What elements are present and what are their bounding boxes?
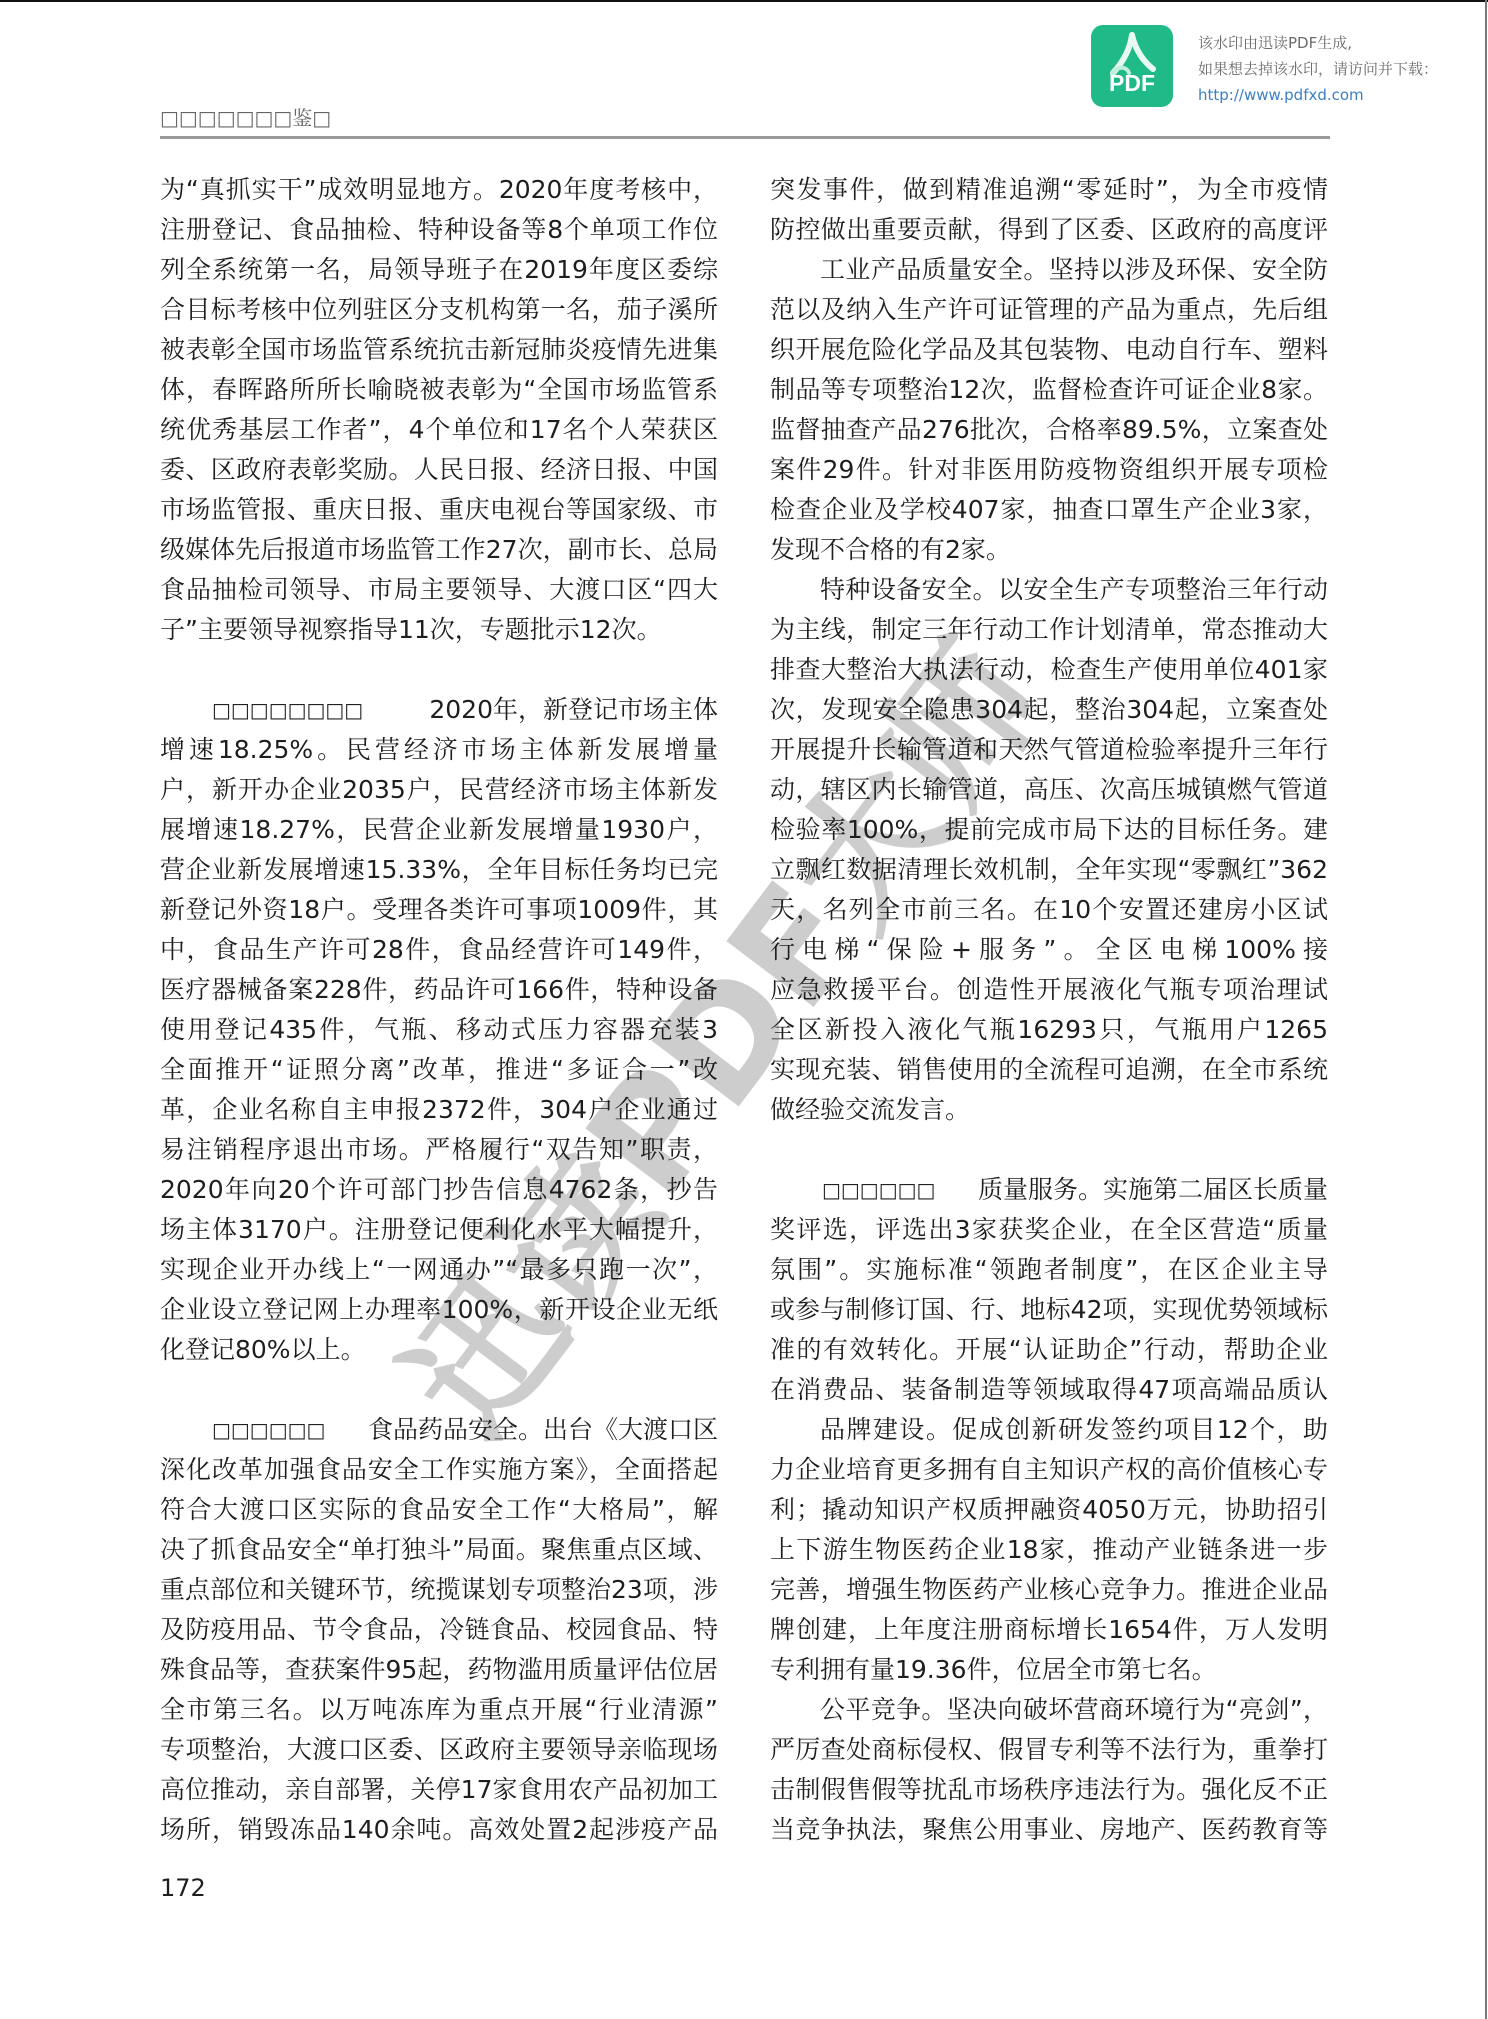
text-line: 深化改革加强食品安全工作实施方案》，全面搭起 bbox=[160, 1450, 718, 1490]
text-line: 级媒体先后报道市场监管工作27次，副市长、总局 bbox=[160, 530, 718, 570]
text-line: 动，辖区内长输管道，高压、次高压城镇燃气管道 bbox=[770, 770, 1328, 810]
text-line: 当竞争执法，聚焦公用事业、房地产、医药教育等 bbox=[770, 1810, 1328, 1850]
watermark-notice-line: 该水印由迅读PDF生成, bbox=[1198, 30, 1438, 56]
text-line: 发现不合格的有2家。 bbox=[770, 530, 1328, 570]
text-line: 击制假售假等扰乱市场秩序违法行为。强化反不正 bbox=[770, 1770, 1328, 1810]
text-line: 重点部位和关键环节，统揽谋划专项整治23项，涉 bbox=[160, 1570, 718, 1610]
page-number: 172 bbox=[160, 1868, 206, 1908]
text-line: 被表彰全国市场监管系统抗击新冠肺炎疫情先进集 bbox=[160, 330, 718, 370]
text-line: 氛围”。实施标准“领跑者制度”，在区企业主导 bbox=[770, 1250, 1328, 1290]
text-line: 易注销程序退出市场。严格履行“双告知”职责， bbox=[160, 1130, 718, 1170]
text-line: 场主体3170户。注册登记便利化水平大幅提升， bbox=[160, 1210, 718, 1250]
section-heading: □□□□□□ bbox=[212, 1410, 325, 1450]
text-line: 公平竞争。坚决向破坏营商环境行为“亮剑”， bbox=[770, 1690, 1328, 1730]
text-line: 范以及纳入生产许可证管理的产品为重点，先后组 bbox=[770, 290, 1328, 330]
section-lead-text: 食品药品安全。出台《大渡口区 bbox=[368, 1410, 718, 1450]
left-column: 为“真抓实干”成效明显地方。2020年度考核中， 注册登记、食品抽检、特种设备等… bbox=[160, 170, 718, 1850]
text-line: 展增速18.27%，民营企业新发展增量1930户，民 bbox=[160, 810, 718, 850]
text-line: 为“真抓实干”成效明显地方。2020年度考核中， bbox=[160, 170, 718, 210]
text-line: 子”主要领导视察指导11次，专题批示12次。 bbox=[160, 610, 718, 650]
blank-line bbox=[770, 1130, 1328, 1170]
page-right-border bbox=[1485, 0, 1487, 2019]
text-line: 营企业新发展增速15.33%，全年目标任务均已完成。 bbox=[160, 850, 718, 890]
text-line: 殊食品等，查获案件95起，药物滥用质量评估位居 bbox=[160, 1650, 718, 1690]
text-line: 化登记80%以上。 bbox=[160, 1330, 718, 1370]
section-heading: □□□□□□□□ bbox=[212, 690, 363, 730]
text-line: 品牌建设。促成创新研发签约项目12个，助 bbox=[770, 1410, 1328, 1450]
text-line: 统优秀基层工作者”，4个单位和17名个人荣获区 bbox=[160, 410, 718, 450]
text-line: 专项整治，大渡口区委、区政府主要领导亲临现场 bbox=[160, 1730, 718, 1770]
text-line: 制品等专项整治12次，监督检查许可证企业8家。 bbox=[770, 370, 1328, 410]
text-line: 做经验交流发言。 bbox=[770, 1090, 1328, 1130]
pdf-reader-logo-icon: PDF bbox=[1091, 25, 1173, 107]
text-line: 立飘红数据清理长效机制，全年实现“零飘红”362 bbox=[770, 850, 1328, 890]
text-line: 注册登记、食品抽检、特种设备等8个单项工作位 bbox=[160, 210, 718, 250]
watermark-notice-line: 如果想去掉该水印，请访问并下载： bbox=[1198, 56, 1438, 82]
text-line: 案件29件。针对非医用防疫物资组织开展专项检查， bbox=[770, 450, 1328, 490]
text-line: 列全系统第一名，局领导班子在2019年度区委综 bbox=[160, 250, 718, 290]
text-line: 食品抽检司领导、市局主要领导、大渡口区“四大班 bbox=[160, 570, 718, 610]
watermark-download-link[interactable]: http://www.pdfxd.com bbox=[1198, 82, 1438, 108]
text-line: 牌创建，上年度注册商标增长1654件，万人发明 bbox=[770, 1610, 1328, 1650]
text-line: 增速18.25%。民营经济市场主体新发展增量5484 bbox=[160, 730, 718, 770]
text-line: 医疗器械备案228件，药品许可166件，特种设备 bbox=[160, 970, 718, 1010]
text-line: 检查企业及学校407家，抽查口罩生产企业3家， bbox=[770, 490, 1328, 530]
text-line: 突发事件，做到精准追溯“零延时”，为全市疫情 bbox=[770, 170, 1328, 210]
text-line: 全区新投入液化气瓶16293只，气瓶用户1265户， bbox=[770, 1010, 1328, 1050]
watermark-notice: 该水印由迅读PDF生成, 如果想去掉该水印，请访问并下载： http://www… bbox=[1198, 30, 1438, 108]
text-line: 力企业培育更多拥有自主知识产权的高价值核心专 bbox=[770, 1450, 1328, 1490]
text-line: 新登记外资18户。受理各类许可事项1009件，其 bbox=[160, 890, 718, 930]
text-line: 织开展危险化学品及其包装物、电动自行车、塑料 bbox=[770, 330, 1328, 370]
text-line: 全面推开“证照分离”改革，推进“多证合一”改 bbox=[160, 1050, 718, 1090]
section-heading-row: □□□□□□□□ 2020年，新登记市场主体 bbox=[160, 690, 718, 730]
text-line: 委、区政府表彰奖励。人民日报、经济日报、中国 bbox=[160, 450, 718, 490]
text-line: 特种设备安全。以安全生产专项整治三年行动 bbox=[770, 570, 1328, 610]
header-rule-divider bbox=[160, 136, 1330, 139]
text-line: 决了抓食品安全“单打独斗”局面。聚焦重点区域、 bbox=[160, 1530, 718, 1570]
text-line: 完善，增强生物医药产业核心竞争力。推进企业品 bbox=[770, 1570, 1328, 1610]
text-line: 全市第三名。以万吨冻库为重点开展“行业清源” bbox=[160, 1690, 718, 1730]
text-line: 在消费品、装备制造等领域取得47项高端品质认证。 bbox=[770, 1370, 1328, 1410]
text-line: 中，食品生产许可28件，食品经营许可149件， bbox=[160, 930, 718, 970]
blank-line bbox=[160, 650, 718, 690]
text-line: 防控做出重要贡献，得到了区委、区政府的高度评价。 bbox=[770, 210, 1328, 250]
text-line: 体，春晖路所所长喻晓被表彰为“全国市场监管系 bbox=[160, 370, 718, 410]
text-line: 严厉查处商标侵权、假冒专利等不法行为，重拳打 bbox=[770, 1730, 1328, 1770]
text-line: 为主线，制定三年行动工作计划清单，常态推动大 bbox=[770, 610, 1328, 650]
text-line: 符合大渡口区实际的食品安全工作“大格局”，解 bbox=[160, 1490, 718, 1530]
text-line: 革，企业名称自主申报2372件，304户企业通过简 bbox=[160, 1090, 718, 1130]
text-line: 专利拥有量19.36件，位居全市第七名。 bbox=[770, 1650, 1328, 1690]
text-line: 市场监管报、重庆日报、重庆电视台等国家级、市 bbox=[160, 490, 718, 530]
text-line: 2020年向20个许可部门抄告信息4762条，抄告市 bbox=[160, 1170, 718, 1210]
logo-label: PDF bbox=[1091, 71, 1173, 95]
text-line: 排查大整治大执法行动，检查生产使用单位401家 bbox=[770, 650, 1328, 690]
text-line: 及防疫用品、节令食品，冷链食品、校园食品、特 bbox=[160, 1610, 718, 1650]
section-lead-text: 2020年，新登记市场主体 bbox=[429, 690, 718, 730]
text-line: 场所，销毁冻品140余吨。高效处置2起涉疫产品 bbox=[160, 1810, 718, 1850]
text-line: 使用登记435件，气瓶、移动式压力容器充装3件。 bbox=[160, 1010, 718, 1050]
blank-line bbox=[160, 1370, 718, 1410]
text-line: 开展提升长输管道和天然气管道检验率提升三年行 bbox=[770, 730, 1328, 770]
text-line: 奖评选，评选出3家获奖企业，在全区营造“质量 bbox=[770, 1210, 1328, 1250]
text-line: 户，新开办企业2035户，民营经济市场主体新发 bbox=[160, 770, 718, 810]
running-header-title: □□□□□□□鉴□ bbox=[160, 105, 331, 131]
section-heading-row: □□□□□□ 食品药品安全。出台《大渡口区 bbox=[160, 1410, 718, 1450]
text-line: 实现企业开办线上“一网通办”“最多只跑一次”， bbox=[160, 1250, 718, 1290]
text-line: 行电梯“保险+服务”。全区电梯100%接入“96333” bbox=[770, 930, 1328, 970]
section-heading-row: □□□□□□ 质量服务。实施第二届区长质量 bbox=[770, 1170, 1328, 1210]
text-line: 检验率100%，提前完成市局下达的目标任务。建 bbox=[770, 810, 1328, 850]
text-line: 天，名列全市前三名。在10个安置还建房小区试 bbox=[770, 890, 1328, 930]
text-line: 利；撬动知识产权质押融资4050万元，协助招引 bbox=[770, 1490, 1328, 1530]
text-line: 次，发现安全隐患304起，整治304起，立案查处9件。 bbox=[770, 690, 1328, 730]
text-line: 合目标考核中位列驻区分支机构第一名，茄子溪所 bbox=[160, 290, 718, 330]
text-line: 企业设立登记网上办理率100%，新开设企业无纸 bbox=[160, 1290, 718, 1330]
text-line: 上下游生物医药企业18家，推动产业链条进一步 bbox=[770, 1530, 1328, 1570]
right-column: 突发事件，做到精准追溯“零延时”，为全市疫情 防控做出重要贡献，得到了区委、区政… bbox=[770, 170, 1328, 1850]
text-line: 应急救援平台。创造性开展液化气瓶专项治理试点， bbox=[770, 970, 1328, 1010]
text-line: 监督抽查产品276批次，合格率89.5%，立案查处 bbox=[770, 410, 1328, 450]
text-line: 或参与制修订国、行、地标42项，实现优势领域标 bbox=[770, 1290, 1328, 1330]
text-line: 工业产品质量安全。坚持以涉及环保、安全防 bbox=[770, 250, 1328, 290]
text-line: 准的有效转化。开展“认证助企”行动，帮助企业 bbox=[770, 1330, 1328, 1370]
text-line: 高位推动，亲自部署，关停17家食用农产品初加工 bbox=[160, 1770, 718, 1810]
section-heading: □□□□□□ bbox=[822, 1170, 935, 1210]
section-lead-text: 质量服务。实施第二届区长质量 bbox=[978, 1170, 1328, 1210]
text-line: 实现充装、销售使用的全流程可追溯，在全市系统 bbox=[770, 1050, 1328, 1090]
page-top-border bbox=[0, 0, 1488, 2]
